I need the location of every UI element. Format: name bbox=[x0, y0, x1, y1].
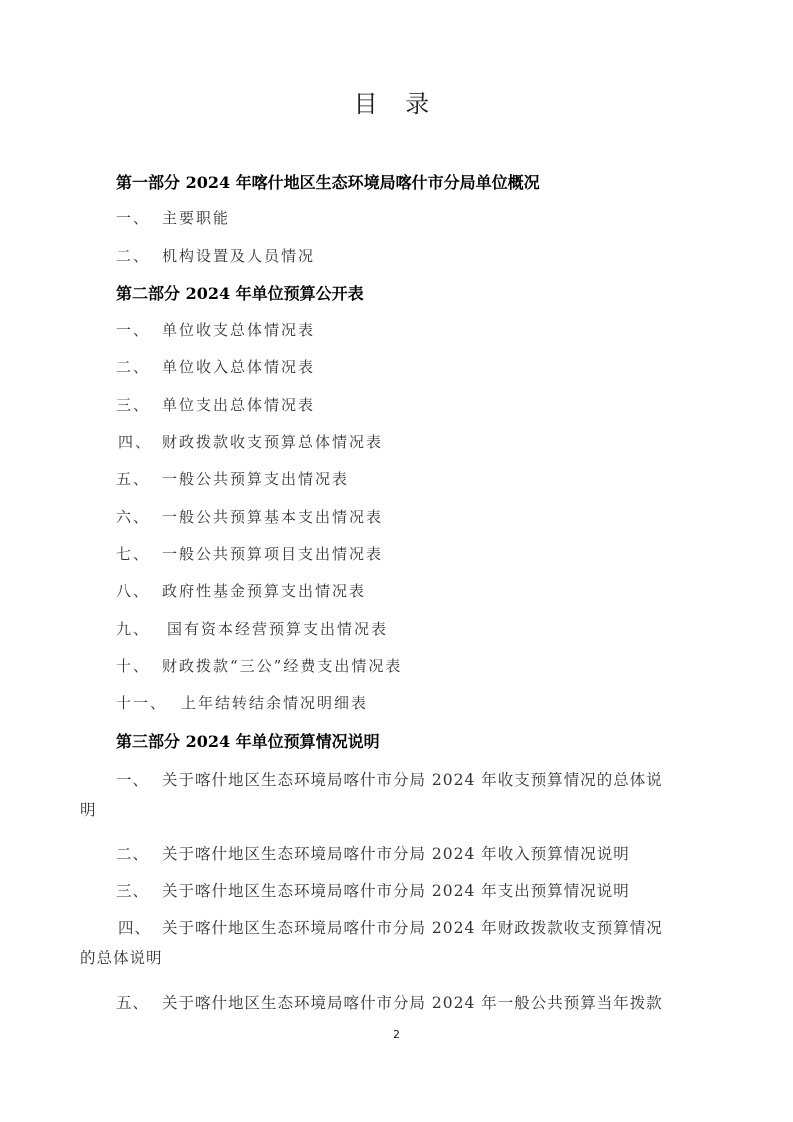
item-number: 二、 bbox=[116, 245, 162, 266]
item-text: 主要职能 bbox=[162, 209, 230, 227]
part2-heading: 第二部分 2024 年单位预算公开表 bbox=[116, 281, 364, 304]
toc-item: 四、关于喀什地区生态环境局喀什市分局 2024 年财政拨款收支预算情况 bbox=[118, 916, 663, 938]
toc-item: 一、单位收支总体情况表 bbox=[116, 319, 315, 340]
toc-item: 一、主要职能 bbox=[116, 207, 230, 228]
item-text: 关于喀什地区生态环境局喀什市分局 2024 年一般公共预算当年拨款 bbox=[162, 994, 663, 1012]
item-text: 机构设置及人员情况 bbox=[162, 247, 315, 265]
item-text: 关于喀什地区生态环境局喀什市分局 2024 年收支预算情况的总体说 bbox=[162, 771, 663, 789]
item-text: 政府性基金预算支出情况表 bbox=[162, 582, 366, 600]
item-text: 一般公共预算项目支出情况表 bbox=[162, 545, 383, 563]
part1-heading: 第一部分 2024 年喀什地区生态环境局喀什市分局单位概况 bbox=[116, 170, 540, 193]
toc-item: 一、关于喀什地区生态环境局喀什市分局 2024 年收支预算情况的总体说 bbox=[116, 768, 663, 790]
item-text: 财政拨款“三公”经费支出情况表 bbox=[162, 657, 402, 675]
item-number: 十、 bbox=[116, 655, 162, 676]
toc-item: 二、单位收入总体情况表 bbox=[116, 356, 315, 377]
toc-item: 八、政府性基金预算支出情况表 bbox=[116, 580, 366, 601]
toc-item: 五、一般公共预算支出情况表 bbox=[116, 468, 349, 489]
item-text: 一般公共预算支出情况表 bbox=[162, 470, 349, 488]
item-text: 单位收支总体情况表 bbox=[162, 321, 315, 339]
item-number: 五、 bbox=[116, 468, 162, 489]
item-text: 上年结转结余情况明细表 bbox=[181, 694, 368, 712]
toc-item: 四、财政拨款收支预算总体情况表 bbox=[118, 431, 383, 452]
item-number: 四、 bbox=[118, 431, 162, 452]
part3-heading: 第三部分 2024 年单位预算情况说明 bbox=[116, 729, 380, 752]
toc-item: 五、关于喀什地区生态环境局喀什市分局 2024 年一般公共预算当年拨款 bbox=[116, 991, 663, 1013]
item-number: 六、 bbox=[116, 506, 162, 527]
item-text: 国有资本经营预算支出情况表 bbox=[167, 620, 388, 638]
item-number: 二、 bbox=[116, 356, 162, 377]
page-number: 2 bbox=[0, 1028, 793, 1041]
item-text: 单位支出总体情况表 bbox=[162, 396, 315, 414]
item-text: 关于喀什地区生态环境局喀什市分局 2024 年财政拨款收支预算情况 bbox=[162, 919, 663, 937]
toc-item: 三、单位支出总体情况表 bbox=[116, 394, 315, 415]
toc-item: 七、一般公共预算项目支出情况表 bbox=[116, 543, 383, 564]
item-text: 财政拨款收支预算总体情况表 bbox=[162, 433, 383, 451]
item-number: 九、 bbox=[116, 618, 167, 639]
item-number: 三、 bbox=[116, 879, 162, 901]
toc-item: 九、国有资本经营预算支出情况表 bbox=[116, 618, 388, 639]
item-number: 二、 bbox=[116, 842, 162, 864]
item-text: 一般公共预算基本支出情况表 bbox=[162, 508, 383, 526]
item-number: 四、 bbox=[118, 916, 162, 938]
item-continuation: 的总体说明 bbox=[80, 946, 163, 968]
item-number: 五、 bbox=[116, 991, 162, 1013]
toc-item: 三、关于喀什地区生态环境局喀什市分局 2024 年支出预算情况说明 bbox=[116, 879, 630, 901]
toc-item: 六、一般公共预算基本支出情况表 bbox=[116, 506, 383, 527]
page-title: 目 录 bbox=[0, 84, 793, 119]
item-text: 单位收入总体情况表 bbox=[162, 358, 315, 376]
item-number: 一、 bbox=[116, 207, 162, 228]
item-number: 一、 bbox=[116, 768, 162, 790]
item-text: 关于喀什地区生态环境局喀什市分局 2024 年支出预算情况说明 bbox=[162, 882, 630, 900]
toc-item: 十、财政拨款“三公”经费支出情况表 bbox=[116, 655, 402, 676]
item-number: 八、 bbox=[116, 580, 162, 601]
item-number: 一、 bbox=[116, 319, 162, 340]
item-continuation: 明 bbox=[80, 798, 97, 820]
toc-item: 十一、上年结转结余情况明细表 bbox=[116, 692, 368, 713]
item-text: 关于喀什地区生态环境局喀什市分局 2024 年收入预算情况说明 bbox=[162, 845, 630, 863]
toc-item: 二、机构设置及人员情况 bbox=[116, 245, 315, 266]
item-number: 七、 bbox=[116, 543, 162, 564]
item-number: 三、 bbox=[116, 394, 162, 415]
toc-item: 二、关于喀什地区生态环境局喀什市分局 2024 年收入预算情况说明 bbox=[116, 842, 630, 864]
item-number: 十一、 bbox=[116, 692, 181, 713]
